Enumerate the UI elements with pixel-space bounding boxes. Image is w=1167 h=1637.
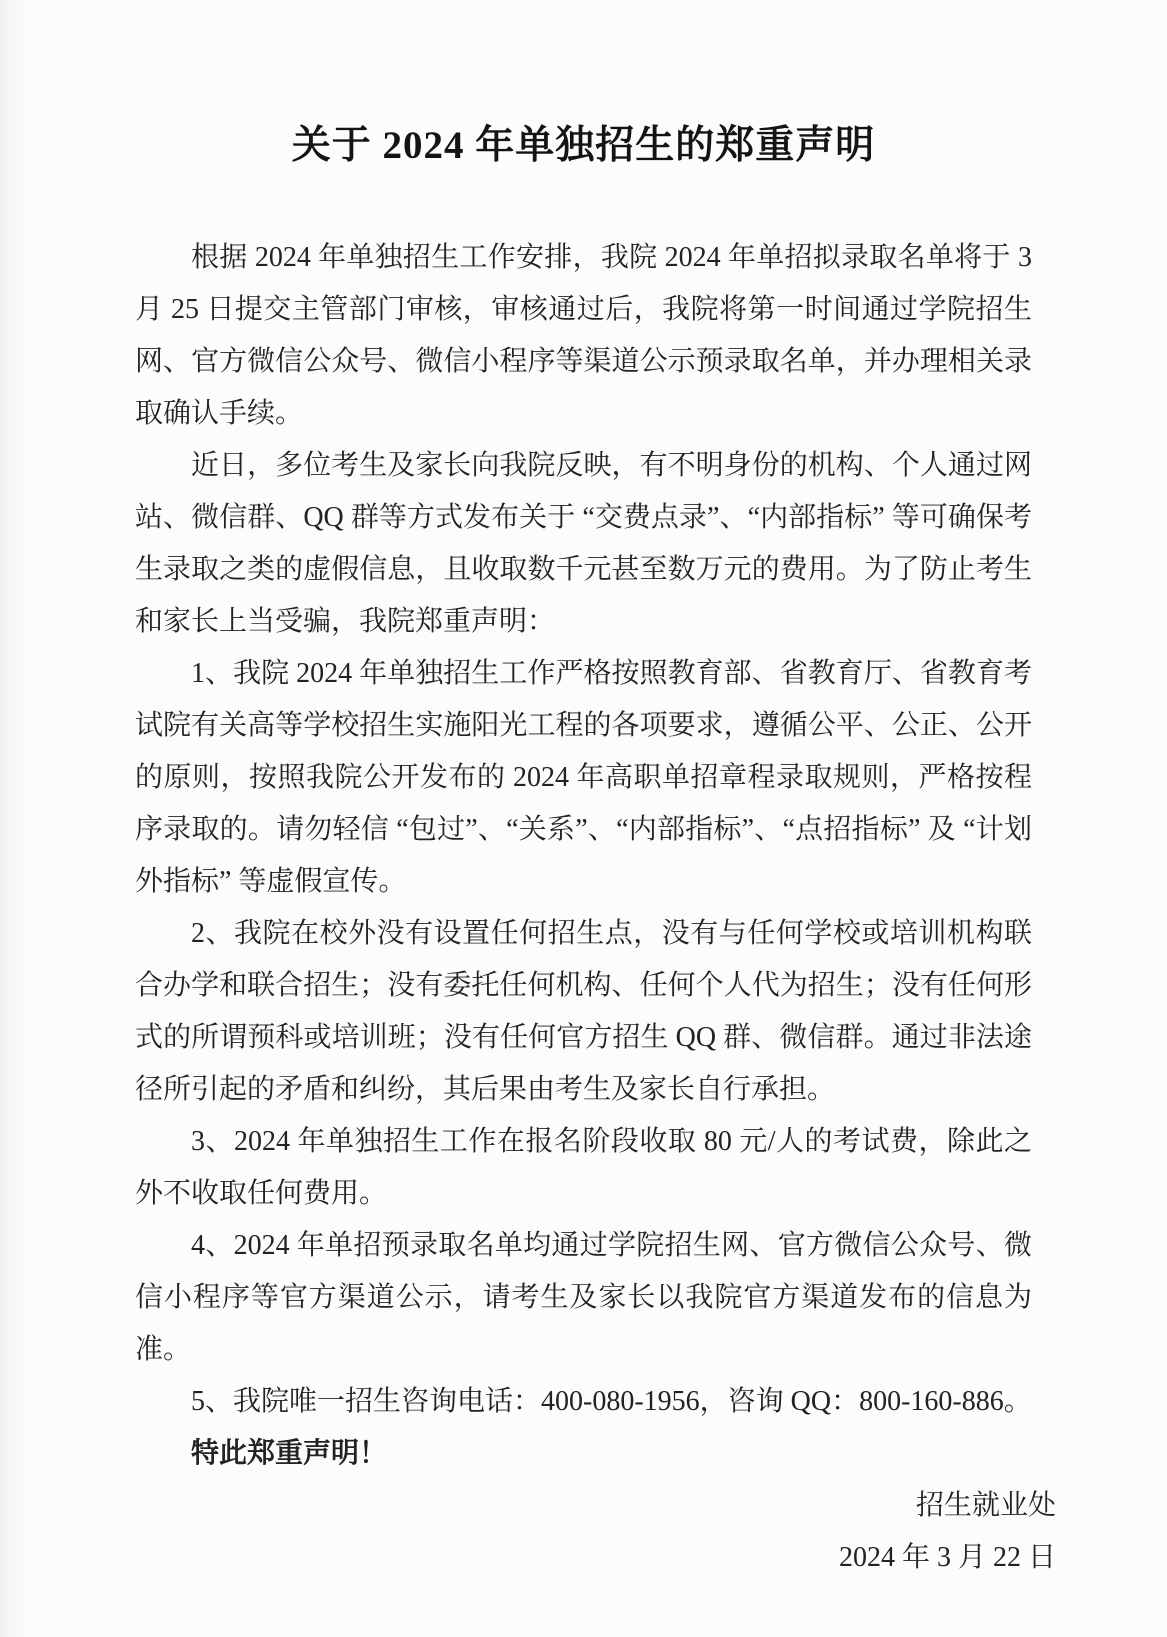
statement-item-2: 2、我院在校外没有设置任何招生点，没有与任何学校或培训机构联合办学和联合招生；没… <box>135 908 1032 1116</box>
signature-date: 2024 年 3 月 22 日 <box>135 1532 1056 1584</box>
signature-block: 招生就业处 2024 年 3 月 22 日 <box>135 1480 1056 1584</box>
signature-department: 招生就业处 <box>135 1480 1056 1532</box>
statement-item-5: 5、我院唯一招生咨询电话：400-080-1956，咨询 QQ：800-160-… <box>135 1376 1032 1428</box>
document-body: 根据 2024 年单独招生工作安排，我院 2024 年单招拟录取名单将于 3 月… <box>135 232 1032 1584</box>
paragraph-intro: 根据 2024 年单独招生工作安排，我院 2024 年单招拟录取名单将于 3 月… <box>135 232 1032 440</box>
statement-item-4: 4、2024 年单招预录取名单均通过学院招生网、官方微信公众号、微信小程序等官方… <box>135 1220 1032 1376</box>
document-page: 关于 2024 年单独招生的郑重声明 根据 2024 年单独招生工作安排，我院 … <box>0 0 1167 1637</box>
statement-item-3: 3、2024 年单独招生工作在报名阶段收取 80 元/人的考试费，除此之外不收取… <box>135 1116 1032 1220</box>
statement-item-1: 1、我院 2024 年单独招生工作严格按照教育部、省教育厅、省教育考试院有关高等… <box>135 648 1032 908</box>
closing-statement: 特此郑重声明！ <box>135 1428 1032 1480</box>
page-title: 关于 2024 年单独招生的郑重声明 <box>135 122 1032 170</box>
paragraph-warning: 近日，多位考生及家长向我院反映，有不明身份的机构、个人通过网站、微信群、QQ 群… <box>135 440 1032 648</box>
